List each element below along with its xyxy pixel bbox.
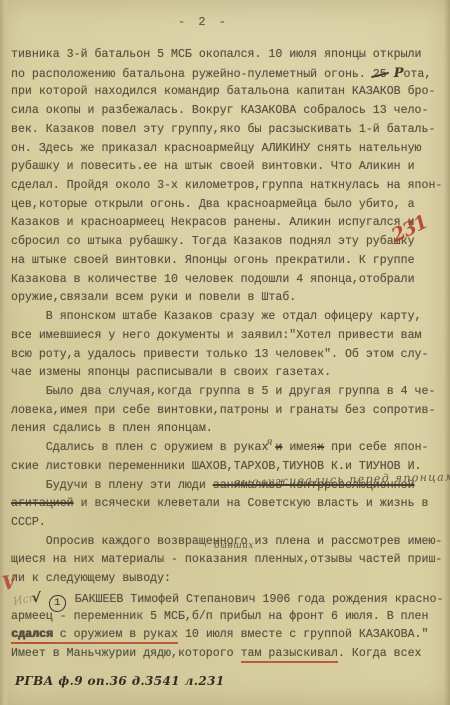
typed-text: чае измены японцы расписывали в своих га… [11, 366, 331, 379]
typed-text: Казаков и красноармеец Некрасов ранены. … [11, 216, 415, 229]
document-line: √ 1 БАКШЕЕВ Тимофей Степанович 1906 года… [11, 589, 443, 608]
typed-text: ли к следующему выводу: [11, 572, 171, 585]
document-line: оружие,связали всем руки и повели в Штаб… [11, 289, 443, 308]
document-line: век. Казаков повел эту группу,яко бы рас… [11, 121, 443, 140]
typed-text: сбросил со штыка рубашку. Тогда Казаков … [11, 235, 415, 248]
document-line: Имеет в Маньчжурии дядю,которого там раз… [11, 645, 443, 664]
document-line: по расположению батальона ружейно-пулеме… [11, 65, 443, 84]
handwritten-letter: Р [394, 66, 404, 81]
document-line: армеец - переменник 5 МСБ,б/п прибыл на … [11, 608, 443, 627]
typed-text: армеец - переменник 5 МСБ,б/п прибыл на … [11, 610, 428, 623]
document-line: всю роту,а удалось привести только 13 че… [11, 346, 443, 365]
typed-text: при которой находился командир батальона… [11, 85, 435, 98]
document-line: рубашку и повесить.ее на штык своей винт… [11, 158, 443, 177]
typed-text: сделал. Пройдя около 3-х километров,груп… [11, 179, 442, 192]
typed-text: рубашку и повесить.ее на штык своей винт… [11, 160, 415, 173]
document-line: сделал. Пройдя около 3-х километров,груп… [11, 177, 443, 196]
archive-reference-stamp: РГВА ф.9 оп.36 д.3541 л.231 [15, 674, 225, 688]
document-line: агитацией и всячески клеветали на Советс… [11, 495, 443, 514]
document-line: цев,которые открыли огонь. Два красноарм… [11, 196, 443, 215]
typed-text: на штыке своей винтовки. Японцы огонь пр… [11, 254, 415, 267]
document-line: при которой находился командир батальона… [11, 83, 443, 102]
typed-text: век. Казаков повел эту группу,яко бы рас… [11, 123, 435, 136]
document-line: СССР. [11, 514, 443, 533]
typed-text: БАКШЕЕВ Тимофей Степанович 1906 года рож… [68, 593, 444, 606]
typed-text: и всячески клеветали на Советскую власть… [74, 497, 429, 510]
typed-text: все имевшиеся у него документы и заявил:… [11, 329, 422, 342]
document-page: - 2 - тивника 3-й батальон 5 МСБ окопалс… [0, 0, 450, 705]
document-line: чае измены японцы расписывали в своих га… [11, 364, 443, 383]
typed-text: Сдались в плен с оружием в руках [11, 441, 275, 454]
typed-text: ота, [403, 68, 431, 81]
typed-text: 10 июля вместе с группой КАЗАКОВА." [178, 628, 428, 641]
typed-text: Было два случая,когда группа в 5 и друга… [11, 385, 435, 398]
typed-text: по расположению батальона ружейно-пулеме… [11, 68, 373, 81]
document-line: тивника 3-й батальон 5 МСБ окопался. 10 … [11, 46, 443, 65]
hand-strikethrough-text: 25 [373, 66, 387, 85]
typed-text: Имеет в Маньчжурии дядю,которого [11, 647, 241, 660]
typed-text: тивника 3-й батальон 5 МСБ окопался. 10 … [11, 48, 422, 61]
typed-text: Казакова в количестве 10 человек подошли… [11, 273, 415, 286]
typed-text: он. Здесь же приказал красноармейцу АЛИК… [11, 142, 422, 155]
typed-text: всю роту,а удалось привести только 13 че… [11, 348, 428, 361]
typed-text: цев,которые открыли огонь. Два красноарм… [11, 198, 415, 211]
document-line: сбросил со штыка рубашку. Тогда Казаков … [11, 233, 443, 252]
typed-text: ления сдались в плен японцам. [11, 422, 213, 435]
handwritten-insertion-byvshikh: бывших [214, 541, 254, 551]
typed-text-block: тивника 3-й батальон 5 МСБ окопался. 10 … [11, 46, 443, 664]
typed-text: при себе япон- [324, 441, 428, 454]
red-margin-checkmark: V [1, 571, 18, 594]
page-number: - 2 - [178, 15, 229, 29]
typed-text: Будучи в плену эти люди [11, 479, 213, 492]
red-underlined-bold-text: сдался [11, 628, 53, 644]
typed-text: оружие,связали всем руки и повели в Штаб… [11, 291, 296, 304]
document-line: на штыке своей винтовки. Японцы огонь пр… [11, 252, 443, 271]
document-line: ловека,имея при себе винтовки,патроны и … [11, 402, 443, 421]
document-line: все имевшиеся у него документы и заявил:… [11, 327, 443, 346]
document-line: сила окопы и разбежалась. Вокруг КАЗАКОВ… [11, 102, 443, 121]
document-line: Было два случая,когда группа в 5 и друга… [11, 383, 443, 402]
typed-text: В японском штабе Казаков сразу же отдал … [11, 310, 422, 323]
page-left-edge [0, 0, 9, 705]
page-right-edge [444, 0, 450, 705]
document-line: щиеся на них материалы - показания пленн… [11, 551, 443, 570]
typed-text [41, 593, 48, 606]
typed-text: имея [282, 441, 317, 454]
document-line: Казакова в количестве 10 человек подошли… [11, 271, 443, 290]
typed-text [387, 68, 394, 81]
document-line: сдался с оружием в руках 10 июля вместе … [11, 626, 443, 645]
typed-text: . Когда всех [338, 647, 422, 660]
strikethrough-text: агитацией [11, 497, 74, 510]
document-line: ли к следующему выводу: [11, 570, 443, 589]
handwritten-insertion-ya: я [266, 437, 273, 448]
document-line: он. Здесь же приказал красноармейцу АЛИК… [11, 140, 443, 159]
typed-text: ские листовки переменники ШАХОВ,ТАРХОВ,Т… [11, 460, 422, 473]
typed-text: ловека,имея при себе винтовки,патроны и … [11, 404, 435, 417]
red-underlined-text: там разыскивал [241, 647, 338, 663]
typed-text: сила окопы и разбежалась. Вокруг КАЗАКОВ… [11, 104, 428, 117]
document-line: Сдались в плен с оружием в руках и имеях… [11, 439, 443, 458]
typed-text: СССР. [11, 516, 46, 529]
red-underlined-text: с оружием в руках [53, 628, 178, 644]
document-line: В японском штабе Казаков сразу же отдал … [11, 308, 443, 327]
typed-text: щиеся на них материалы - показания пленн… [11, 553, 442, 566]
document-line: Казаков и красноармеец Некрасов ранены. … [11, 214, 443, 233]
document-line: ления сдались в плен японцам. [11, 420, 443, 439]
